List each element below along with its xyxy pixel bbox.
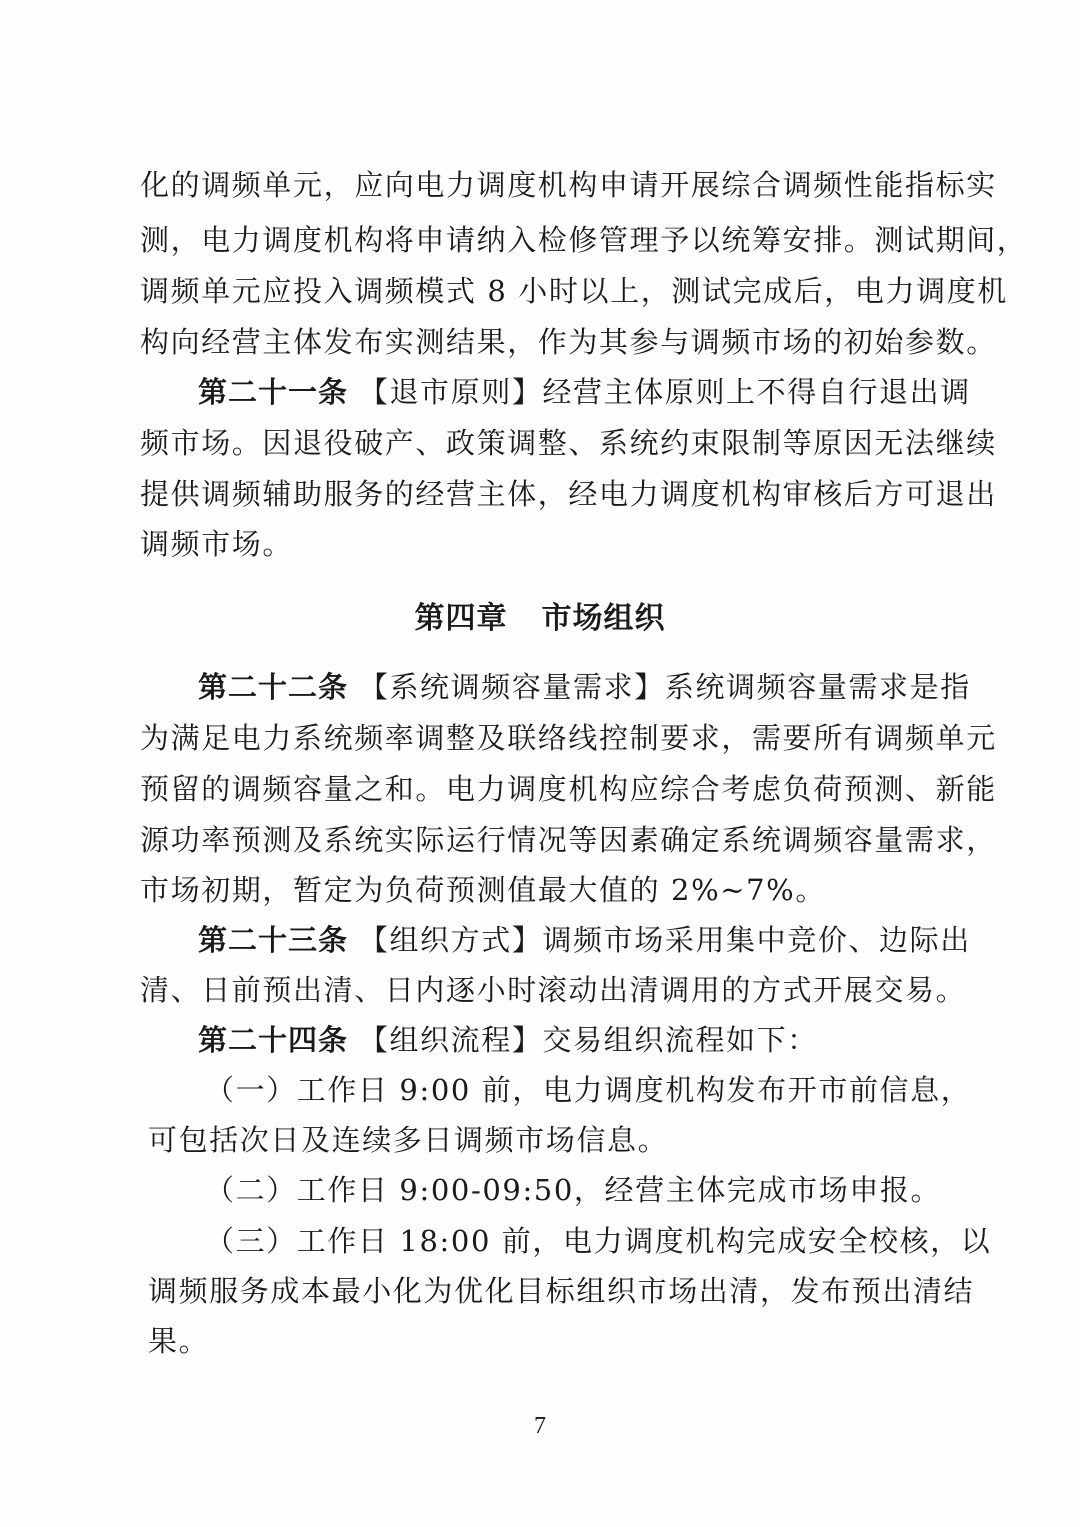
article-title: 【组织流程】 xyxy=(359,1023,543,1057)
chapter-heading: 第四章市场组织 xyxy=(0,597,1080,641)
article-number: 第二十三条 xyxy=(198,923,348,957)
article-21-heading-line: 第二十一条 【退市原则】经营主体原则上不得自行退出调 xyxy=(198,372,940,412)
chapter-title: 市场组织 xyxy=(542,601,666,636)
paragraph-line: 提供调频辅助服务的经营主体，经电力调度机构审核后方可退出 xyxy=(140,474,940,514)
paragraph-line: 市场初期，暂定为负荷预测值最大值的 2%~7%。 xyxy=(140,870,940,910)
paragraph-line: 为满足电力系统频率调整及联络线控制要求，需要所有调频单元 xyxy=(140,718,940,758)
paragraph-line: 调频服务成本最小化为优化目标组织市场出清，发布预出清结 xyxy=(148,1271,940,1311)
paragraph-line: 清、日前预出清、日内逐小时滚动出清调用的方式开展交易。 xyxy=(140,970,940,1010)
paragraph-line: 测，电力调度机构将申请纳入检修管理予以统筹安排。测试期间， xyxy=(140,220,940,260)
article-title: 【退市原则】 xyxy=(359,375,543,409)
paragraph-line: 可包括次日及连续多日调频市场信息。 xyxy=(148,1120,948,1160)
article-title: 【系统调频容量需求】 xyxy=(359,670,665,704)
paragraph-line: 调频市场。 xyxy=(140,524,940,564)
article-text: 交易组织流程如下： xyxy=(542,1023,817,1057)
article-text: 经营主体原则上不得自行退出调 xyxy=(542,375,970,409)
article-number: 第二十四条 xyxy=(198,1023,348,1057)
chapter-number: 第四章 xyxy=(415,601,508,636)
document-page: 化的调频单元，应向电力调度机构申请开展综合调频性能指标实 测，电力调度机构将申请… xyxy=(0,0,1080,1527)
list-item-2-line: （二）工作日 9:00-09:50，经营主体完成市场申报。 xyxy=(205,1170,940,1210)
article-number: 第二十二条 xyxy=(198,670,348,704)
list-item-3-line: （三）工作日 18:00 前，电力调度机构完成安全校核，以 xyxy=(205,1221,940,1261)
article-number: 第二十一条 xyxy=(198,375,348,409)
article-23-heading-line: 第二十三条 【组织方式】调频市场采用集中竞价、边际出 xyxy=(198,920,940,960)
page-number: 7 xyxy=(0,1413,1080,1440)
paragraph-line: 构向经营主体发布实测结果，作为其参与调频市场的初始参数。 xyxy=(140,322,940,362)
article-24-heading-line: 第二十四条 【组织流程】交易组织流程如下： xyxy=(198,1020,940,1060)
article-text: 系统调频容量需求是指 xyxy=(665,670,971,704)
paragraph-line: 预留的调频容量之和。电力调度机构应综合考虑负荷预测、新能 xyxy=(140,769,940,809)
paragraph-line: 调频单元应投入调频模式 8 小时以上，测试完成后，电力调度机 xyxy=(140,271,940,311)
article-22-heading-line: 第二十二条 【系统调频容量需求】系统调频容量需求是指 xyxy=(198,667,940,707)
paragraph-line: 频市场。因退役破产、政策调整、系统约束限制等原因无法继续 xyxy=(140,423,940,463)
list-item-1-line: （一）工作日 9:00 前，电力调度机构发布开市前信息， xyxy=(205,1070,940,1110)
paragraph-line: 源功率预测及系统实际运行情况等因素确定系统调频容量需求， xyxy=(140,820,940,860)
paragraph-line: 化的调频单元，应向电力调度机构申请开展综合调频性能指标实 xyxy=(140,165,940,205)
article-title: 【组织方式】 xyxy=(359,923,543,957)
paragraph-line: 果。 xyxy=(148,1321,948,1361)
article-text: 调频市场采用集中竞价、边际出 xyxy=(542,923,970,957)
